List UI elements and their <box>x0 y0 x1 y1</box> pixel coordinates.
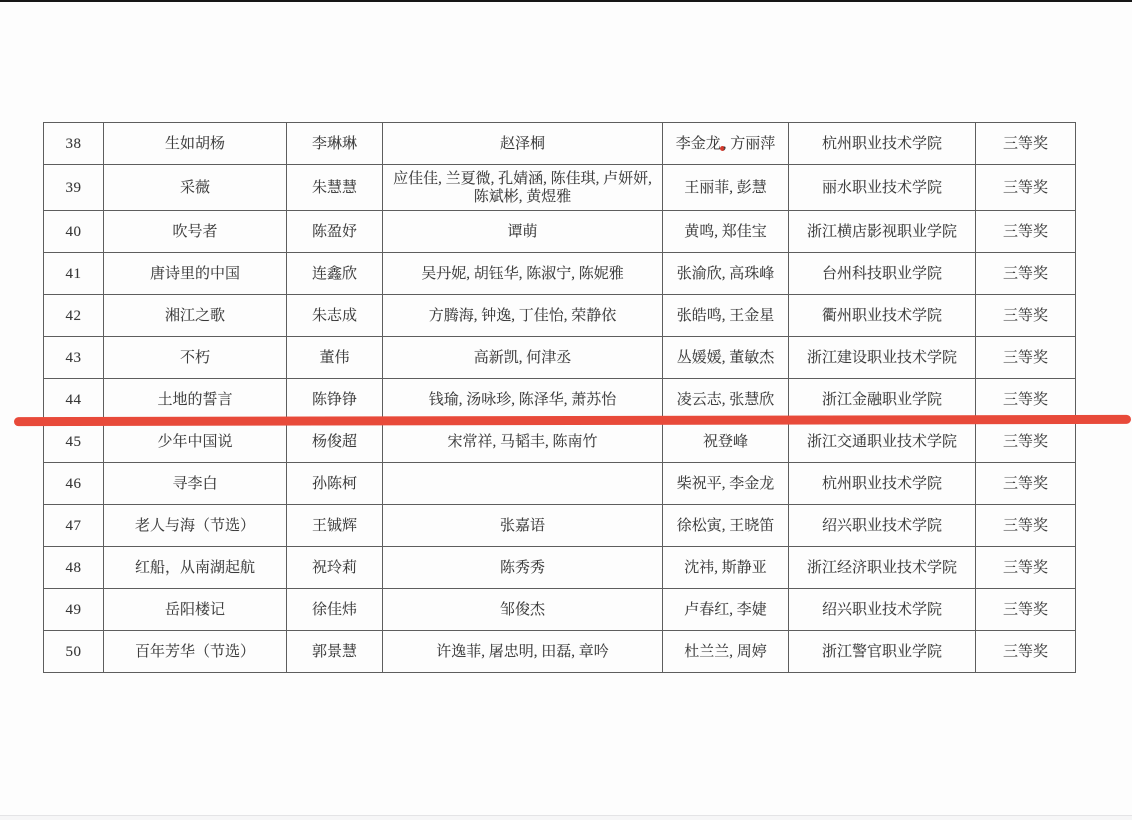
cell-guides: 凌云志, 张慧欣 <box>663 379 789 421</box>
table-row: 44土地的誓言陈铮铮钱瑜, 汤咏珍, 陈泽华, 萧苏怡凌云志, 张慧欣浙江金融职… <box>44 379 1076 421</box>
cell-award: 三等奖 <box>976 547 1076 589</box>
table-row: 42湘江之歌朱志成方腾海, 钟逸, 丁佳怡, 荣静依张皓鸣, 王金星衢州职业技术… <box>44 295 1076 337</box>
cell-leader: 孙陈柯 <box>287 463 383 505</box>
cell-leader: 李琳琳 <box>287 123 383 165</box>
cell-guides: 卢春红, 李婕 <box>663 589 789 631</box>
cell-title: 吹号者 <box>104 211 287 253</box>
cell-leader: 郭景慧 <box>287 631 383 673</box>
screenshot-top-edge <box>0 0 1132 2</box>
table-row: 43不朽董伟高新凯, 何津丞丛媛媛, 董敏杰浙江建设职业技术学院三等奖 <box>44 337 1076 379</box>
cell-num: 48 <box>44 547 104 589</box>
cell-title: 生如胡杨 <box>104 123 287 165</box>
guide-name: 李金龙 <box>676 136 721 152</box>
cell-award: 三等奖 <box>976 631 1076 673</box>
cell-performers: 邹俊杰 <box>383 589 663 631</box>
cell-guides: 柴祝平, 李金龙 <box>663 463 789 505</box>
cell-num: 43 <box>44 337 104 379</box>
table-row: 45少年中国说杨俊超宋常祥, 马韬丰, 陈南竹祝登峰浙江交通职业技术学院三等奖 <box>44 421 1076 463</box>
cell-institution: 丽水职业技术学院 <box>789 165 976 211</box>
cell-title: 老人与海（节选） <box>104 505 287 547</box>
cell-title: 不朽 <box>104 337 287 379</box>
cell-performers: 宋常祥, 马韬丰, 陈南竹 <box>383 421 663 463</box>
table-row: 50百年芳华（节选）郭景慧许逸菲, 屠忠明, 田磊, 章吟杜兰兰, 周婷浙江警官… <box>44 631 1076 673</box>
cell-guides: 张渝欣, 高珠峰 <box>663 253 789 295</box>
cell-guides: 丛媛媛, 董敏杰 <box>663 337 789 379</box>
cell-performers: 方腾海, 钟逸, 丁佳怡, 荣静依 <box>383 295 663 337</box>
cell-title: 百年芳华（节选） <box>104 631 287 673</box>
cell-num: 41 <box>44 253 104 295</box>
cell-performers: 赵泽桐 <box>383 123 663 165</box>
cell-award: 三等奖 <box>976 337 1076 379</box>
cell-institution: 浙江经济职业技术学院 <box>789 547 976 589</box>
cell-num: 47 <box>44 505 104 547</box>
cell-title: 采薇 <box>104 165 287 211</box>
cell-leader: 朱志成 <box>287 295 383 337</box>
cell-title: 湘江之歌 <box>104 295 287 337</box>
cell-title: 唐诗里的中国 <box>104 253 287 295</box>
cell-num: 44 <box>44 379 104 421</box>
cell-num: 45 <box>44 421 104 463</box>
table-row: 40吹号者陈盈妤谭萌黄鸣, 郑佳宝浙江横店影视职业学院三等奖 <box>44 211 1076 253</box>
table-row: 47老人与海（节选）王铖辉张嘉语徐松寅, 王晓笛绍兴职业技术学院三等奖 <box>44 505 1076 547</box>
cell-institution: 绍兴职业技术学院 <box>789 589 976 631</box>
cell-num: 40 <box>44 211 104 253</box>
cell-institution: 台州科技职业学院 <box>789 253 976 295</box>
cell-num: 49 <box>44 589 104 631</box>
cell-performers: 应佳佳, 兰夏微, 孔婧涵, 陈佳琪, 卢妍妍, 陈斌彬, 黄煜雅 <box>383 165 663 211</box>
cell-guides: 沈祎, 斯静亚 <box>663 547 789 589</box>
cell-leader: 陈铮铮 <box>287 379 383 421</box>
cell-title: 寻李白 <box>104 463 287 505</box>
cell-num: 39 <box>44 165 104 211</box>
cell-title: 少年中国说 <box>104 421 287 463</box>
cell-guides: 徐松寅, 王晓笛 <box>663 505 789 547</box>
cell-award: 三等奖 <box>976 589 1076 631</box>
cell-institution: 绍兴职业技术学院 <box>789 505 976 547</box>
cell-leader: 祝玲莉 <box>287 547 383 589</box>
cell-leader: 王铖辉 <box>287 505 383 547</box>
cell-leader: 陈盈妤 <box>287 211 383 253</box>
table-row: 48红船，从南湖起航祝玲莉陈秀秀沈祎, 斯静亚浙江经济职业技术学院三等奖 <box>44 547 1076 589</box>
cell-guides: 杜兰兰, 周婷 <box>663 631 789 673</box>
cell-institution: 浙江横店影视职业学院 <box>789 211 976 253</box>
awards-table: 38生如胡杨李琳琳赵泽桐李金龙, 方丽萍杭州职业技术学院三等奖39采薇朱慧慧应佳… <box>43 122 1076 673</box>
cell-performers: 许逸菲, 屠忠明, 田磊, 章吟 <box>383 631 663 673</box>
cell-performers: 陈秀秀 <box>383 547 663 589</box>
cell-leader: 杨俊超 <box>287 421 383 463</box>
cell-num: 46 <box>44 463 104 505</box>
cell-guides: 祝登峰 <box>663 421 789 463</box>
table-row: 38生如胡杨李琳琳赵泽桐李金龙, 方丽萍杭州职业技术学院三等奖 <box>44 123 1076 165</box>
cell-institution: 衢州职业技术学院 <box>789 295 976 337</box>
cell-guides: 张皓鸣, 王金星 <box>663 295 789 337</box>
table-row: 49岳阳楼记徐佳炜邹俊杰卢春红, 李婕绍兴职业技术学院三等奖 <box>44 589 1076 631</box>
cell-institution: 浙江金融职业学院 <box>789 379 976 421</box>
cell-leader: 朱慧慧 <box>287 165 383 211</box>
cell-award: 三等奖 <box>976 211 1076 253</box>
cell-award: 三等奖 <box>976 421 1076 463</box>
cell-guides: 黄鸣, 郑佳宝 <box>663 211 789 253</box>
cell-guides: 王丽菲, 彭慧 <box>663 165 789 211</box>
cell-performers <box>383 463 663 505</box>
cell-award: 三等奖 <box>976 505 1076 547</box>
cell-institution: 杭州职业技术学院 <box>789 123 976 165</box>
table-row: 46寻李白孙陈柯柴祝平, 李金龙杭州职业技术学院三等奖 <box>44 463 1076 505</box>
cell-leader: 连鑫欣 <box>287 253 383 295</box>
cell-award: 三等奖 <box>976 165 1076 211</box>
cell-title: 岳阳楼记 <box>104 589 287 631</box>
cell-leader: 徐佳炜 <box>287 589 383 631</box>
cell-institution: 浙江警官职业学院 <box>789 631 976 673</box>
cell-title: 土地的誓言 <box>104 379 287 421</box>
cell-performers: 吴丹妮, 胡钰华, 陈淑宁, 陈妮雅 <box>383 253 663 295</box>
cell-institution: 杭州职业技术学院 <box>789 463 976 505</box>
cell-institution: 浙江交通职业技术学院 <box>789 421 976 463</box>
cell-award: 三等奖 <box>976 463 1076 505</box>
cell-guides: 李金龙, 方丽萍 <box>663 123 789 165</box>
cell-performers: 谭萌 <box>383 211 663 253</box>
cell-institution: 浙江建设职业技术学院 <box>789 337 976 379</box>
cell-award: 三等奖 <box>976 123 1076 165</box>
screenshot-bottom-strip <box>0 816 1132 820</box>
cell-award: 三等奖 <box>976 295 1076 337</box>
cell-performers: 钱瑜, 汤咏珍, 陈泽华, 萧苏怡 <box>383 379 663 421</box>
table-row: 39采薇朱慧慧应佳佳, 兰夏微, 孔婧涵, 陈佳琪, 卢妍妍, 陈斌彬, 黄煜雅… <box>44 165 1076 211</box>
cell-award: 三等奖 <box>976 253 1076 295</box>
cell-num: 42 <box>44 295 104 337</box>
cell-performers: 高新凯, 何津丞 <box>383 337 663 379</box>
guide-name: , 方丽萍 <box>723 136 776 152</box>
cell-num: 50 <box>44 631 104 673</box>
cell-num: 38 <box>44 123 104 165</box>
cell-leader: 董伟 <box>287 337 383 379</box>
cell-performers: 张嘉语 <box>383 505 663 547</box>
cell-title: 红船，从南湖起航 <box>104 547 287 589</box>
table-row: 41唐诗里的中国连鑫欣吴丹妮, 胡钰华, 陈淑宁, 陈妮雅张渝欣, 高珠峰台州科… <box>44 253 1076 295</box>
awards-table-body: 38生如胡杨李琳琳赵泽桐李金龙, 方丽萍杭州职业技术学院三等奖39采薇朱慧慧应佳… <box>44 123 1076 673</box>
